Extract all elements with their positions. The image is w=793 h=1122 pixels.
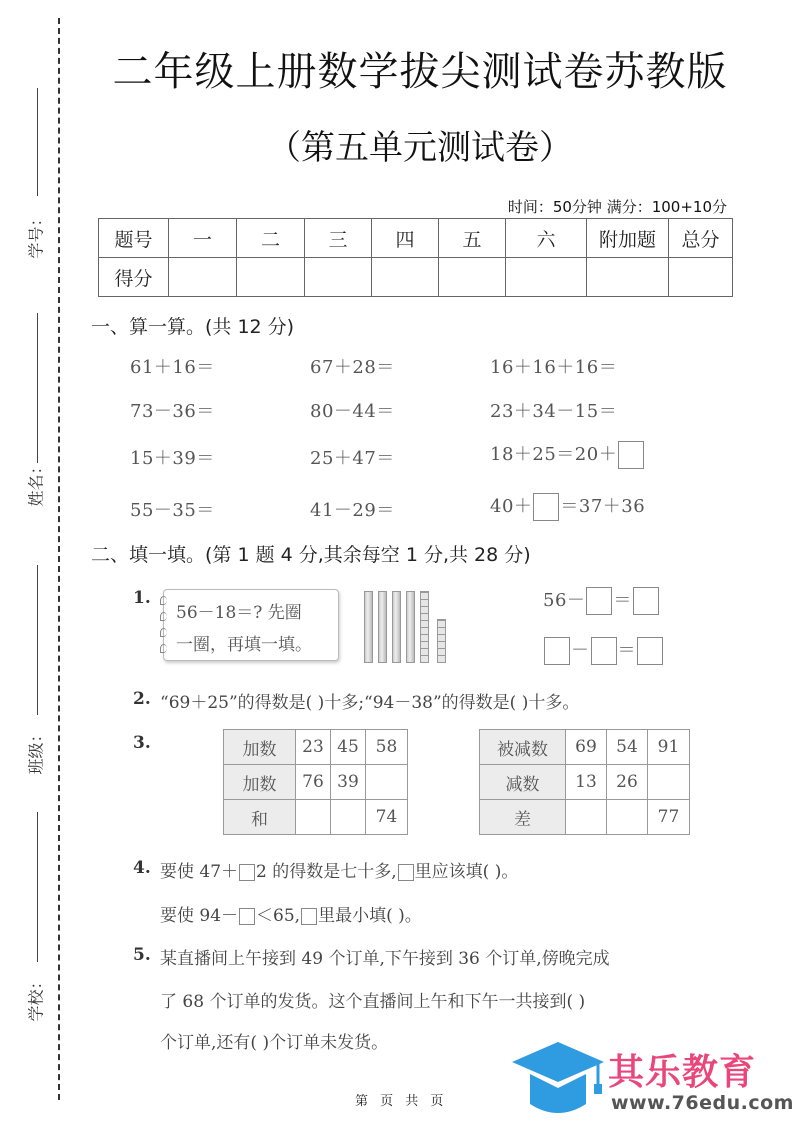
table-cell: 26: [607, 765, 648, 800]
arith-item: 61＋16＝: [130, 353, 215, 379]
graduation-cap-icon: [510, 1042, 606, 1120]
arith-item: 55－35＝: [130, 496, 215, 522]
answer-box[interactable]: [533, 493, 559, 521]
answer-box[interactable]: [633, 587, 659, 615]
arith-item: 25＋47＝: [310, 444, 395, 470]
score-cell[interactable]: [169, 258, 237, 297]
score-header-cell: 总分: [669, 219, 733, 258]
score-cell[interactable]: [305, 258, 372, 297]
table-cell: 74: [366, 800, 408, 835]
eq-text: 56－: [543, 590, 585, 611]
student-id-label: 学号：: [24, 229, 47, 259]
section2-heading: 二、填一填。(第 1 题 4 分,其余每空 1 分,共 28 分): [91, 540, 531, 567]
table-cell: 39: [331, 765, 366, 800]
ring-icon: [160, 628, 167, 637]
score-header-cell: 题号: [99, 219, 169, 258]
score-cell[interactable]: [506, 258, 587, 297]
q4-text: ＜65,: [256, 906, 300, 926]
arith-item: 41－29＝: [310, 496, 395, 522]
table-header-cell: 差: [480, 800, 566, 835]
q4-text: 2 的得数是七十多,: [256, 862, 397, 882]
question-number: 3.: [133, 733, 151, 753]
arith-item: 80－44＝: [310, 397, 395, 423]
q5-line-1: 某直播间上午接到 49 个订单,下午接到 36 个订单,傍晚完成: [160, 944, 610, 969]
class-line: [37, 565, 38, 715]
arith-item-with-box: 18＋25＝20＋: [490, 440, 645, 469]
ring-icon: [160, 612, 167, 621]
score-header-cell: 二: [237, 219, 305, 258]
answer-box[interactable]: [618, 441, 644, 469]
q4-text: 要使 47＋: [160, 862, 238, 882]
ten-rod-icon: [364, 591, 373, 663]
note-line-1: 56－18＝? 先圈: [176, 598, 302, 623]
score-cell[interactable]: [669, 258, 733, 297]
table-row: 减数 13 26: [480, 765, 690, 800]
score-table-score-row: 得分: [99, 258, 733, 297]
arith-item: 23＋34－15＝: [490, 397, 617, 423]
arith-text: 18＋25＝20＋: [490, 444, 617, 465]
table-answer-cell[interactable]: [296, 800, 331, 835]
question-number: 5.: [133, 945, 151, 965]
table-header-cell: 加数: [224, 765, 296, 800]
note-line-2: 一圈，再填一填。: [176, 630, 312, 655]
answer-box[interactable]: [637, 637, 663, 665]
eq-text: ＝: [613, 590, 632, 611]
table-cell: 54: [607, 730, 648, 765]
q1-equation-1: 56－＝: [543, 586, 660, 615]
score-header-cell: 五: [439, 219, 506, 258]
question-number: 2.: [133, 689, 151, 709]
q1-equation-2: －＝: [543, 636, 664, 665]
arith-text: ＝37＋36: [560, 496, 645, 517]
question-number: 4.: [133, 858, 151, 878]
q4-line-2: 要使 94－＜65,里最小填( )。: [160, 901, 422, 926]
table-header-cell: 加数: [224, 730, 296, 765]
score-cell[interactable]: [587, 258, 669, 297]
school-line: [37, 812, 38, 962]
q4-line-1: 要使 47＋2 的得数是七十多,里应该填( )。: [160, 857, 518, 882]
table-cell: 45: [331, 730, 366, 765]
page-footer: 第 页 共 页: [355, 1090, 447, 1109]
ten-rod-icon: [406, 591, 415, 663]
table-row: 加数 23 45 58: [224, 730, 408, 765]
answer-box[interactable]: [544, 637, 570, 665]
table-answer-cell[interactable]: [331, 800, 366, 835]
score-header-cell: 六: [506, 219, 587, 258]
table-header-cell: 减数: [480, 765, 566, 800]
brand-name: 其乐教育: [608, 1044, 756, 1095]
score-table: 题号 一 二 三 四 五 六 附加题 总分 得分: [98, 218, 733, 297]
table-row: 加数 76 39: [224, 765, 408, 800]
ten-rod-icon: [392, 591, 401, 663]
q5-line-2: 了 68 个订单的发货。这个直播间上午和下午一共接到( ): [160, 987, 585, 1012]
arith-item: 15＋39＝: [130, 444, 215, 470]
ring-icon: [160, 596, 167, 605]
q4-text: 里应该填( )。: [415, 862, 519, 882]
digit-box: [398, 864, 414, 881]
score-header-cell: 附加题: [587, 219, 669, 258]
score-header-cell: 一: [169, 219, 237, 258]
unit-cubes-icon: [420, 591, 429, 663]
q4-text: 要使 94－: [160, 906, 238, 926]
eq-text: ＝: [618, 640, 637, 661]
q5-line-3: 个订单,还有( )个订单未发货。: [160, 1028, 388, 1053]
score-row-label: 得分: [99, 258, 169, 297]
answer-box[interactable]: [591, 637, 617, 665]
table-cell: 91: [648, 730, 690, 765]
table-cell: 13: [566, 765, 607, 800]
table-answer-cell[interactable]: [566, 800, 607, 835]
table-row: 差 77: [480, 800, 690, 835]
digit-box: [301, 908, 317, 925]
arith-text: 40＋: [490, 496, 532, 517]
answer-box[interactable]: [586, 587, 612, 615]
page-subtitle: （第五单元测试卷）: [90, 120, 750, 169]
school-label: 学校：: [24, 992, 47, 1022]
score-header-cell: 四: [372, 219, 439, 258]
subtraction-table: 被减数 69 54 91 减数 13 26 差 77: [479, 729, 690, 835]
digit-box: [239, 864, 255, 881]
ten-rod-icon: [378, 591, 387, 663]
page-title: 二年级上册数学拔尖测试卷苏教版: [90, 40, 750, 97]
cut-line: [58, 18, 60, 1100]
addition-table: 加数 23 45 58 加数 76 39 和 74: [223, 729, 408, 835]
table-answer-cell[interactable]: [607, 800, 648, 835]
table-row: 被减数 69 54 91: [480, 730, 690, 765]
arith-item: 67＋28＝: [310, 353, 395, 379]
table-header-cell: 和: [224, 800, 296, 835]
table-header-cell: 被减数: [480, 730, 566, 765]
score-header-cell: 三: [305, 219, 372, 258]
table-cell: 23: [296, 730, 331, 765]
arith-item-with-box: 40＋＝37＋36: [490, 492, 645, 521]
arith-item: 73－36＝: [130, 397, 215, 423]
ring-icon: [160, 644, 167, 653]
digit-box: [239, 908, 255, 925]
q2-text: “69＋25”的得数是( )十多;“94－38”的得数是( )十多。: [160, 688, 579, 713]
arith-item: 16＋16＋16＝: [490, 353, 617, 379]
table-cell: 69: [566, 730, 607, 765]
score-table-header-row: 题号 一 二 三 四 五 六 附加题 总分: [99, 219, 733, 258]
student-id-line: [37, 88, 38, 196]
section1-heading: 一、算一算。(共 12 分): [91, 312, 294, 339]
table-cell: 76: [296, 765, 331, 800]
table-cell: 77: [648, 800, 690, 835]
score-cell[interactable]: [372, 258, 439, 297]
name-label: 姓名：: [24, 477, 47, 507]
table-answer-cell[interactable]: [648, 765, 690, 800]
base-ten-blocks-icon: [362, 588, 452, 663]
table-cell: 58: [366, 730, 408, 765]
q4-text: 里最小填( )。: [318, 906, 422, 926]
prompt-note: 56－18＝? 先圈 一圈，再填一填。: [163, 589, 339, 661]
table-answer-cell[interactable]: [366, 765, 408, 800]
class-label: 班级：: [24, 745, 47, 775]
eq-text: －: [571, 640, 590, 661]
brand-logo: 其乐教育 www.76edu.com: [510, 1042, 793, 1122]
table-row: 和 74: [224, 800, 408, 835]
question-number: 1.: [133, 588, 151, 608]
unit-cubes-icon: [437, 619, 446, 663]
score-cell[interactable]: [237, 258, 305, 297]
brand-url: www.76edu.com: [611, 1092, 793, 1114]
name-line: [37, 313, 38, 463]
score-cell[interactable]: [439, 258, 506, 297]
exam-meta: 时间：50分钟 满分：100+10分: [508, 196, 727, 217]
